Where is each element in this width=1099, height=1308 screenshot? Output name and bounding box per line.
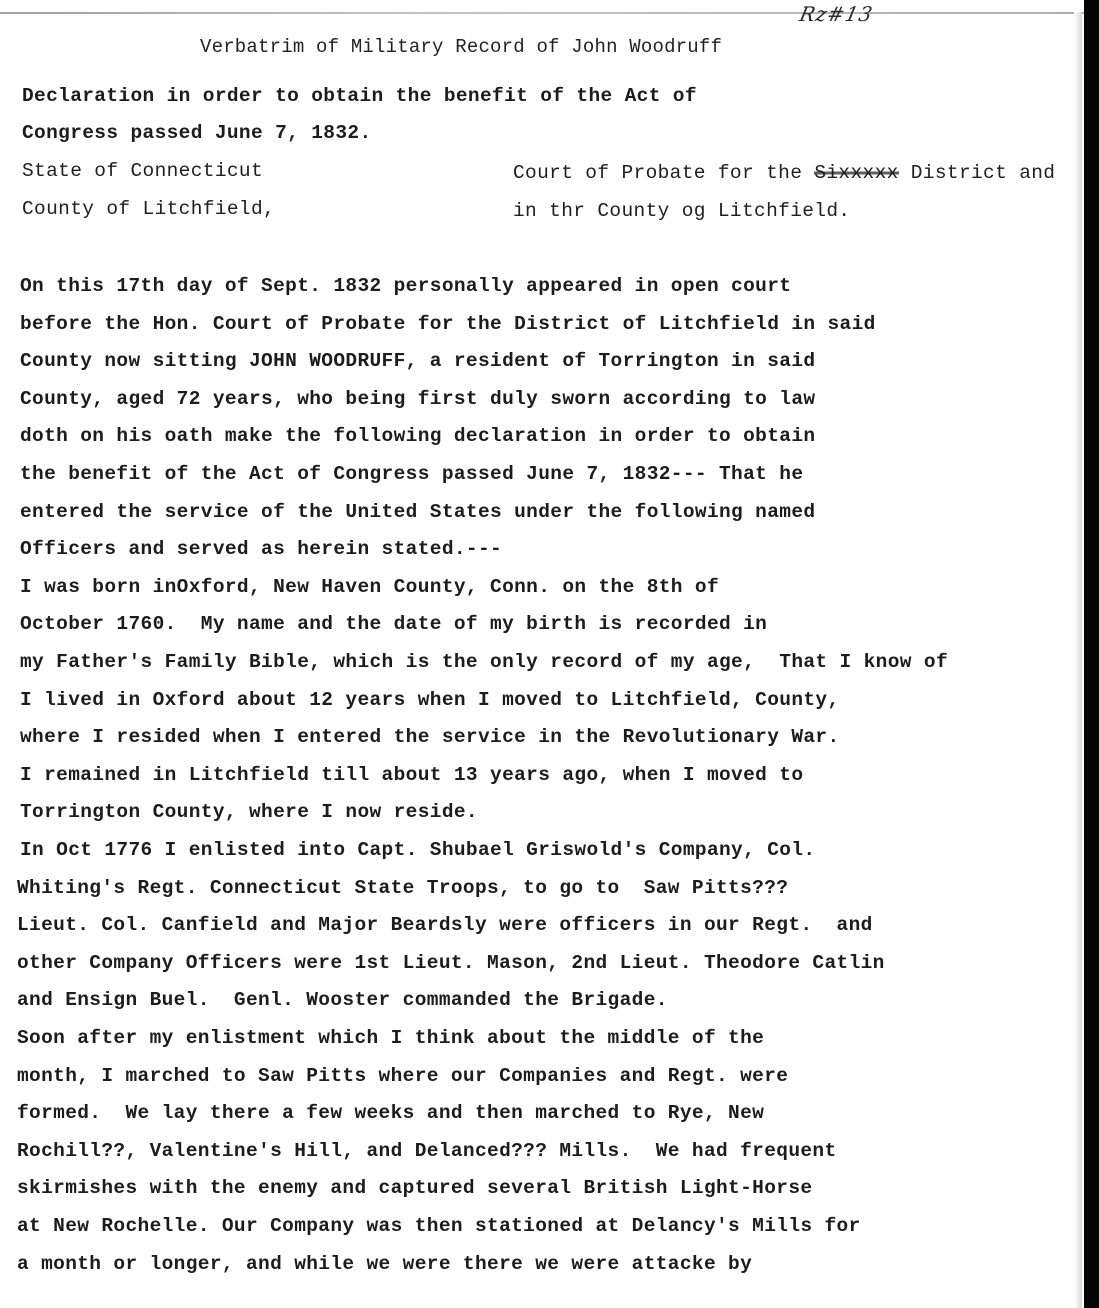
court-prefix: Court of Probate for the	[513, 162, 814, 184]
body-line: County now sitting JOHN WOODRUFF, a resi…	[20, 350, 815, 372]
state-label: State of Connecticut	[22, 160, 263, 182]
body-line: Soon after my enlistment which I think a…	[17, 1027, 764, 1049]
page-top-border	[0, 12, 1084, 14]
county-label: County of Litchfield,	[22, 198, 275, 220]
struck-out-word: Sixxxxx	[814, 162, 898, 184]
declaration-line-1: Declaration in order to obtain the benef…	[22, 85, 697, 107]
body-line: month, I marched to Saw Pitts where our …	[17, 1065, 788, 1087]
body-line: October 1760. My name and the date of my…	[20, 613, 767, 635]
body-line: I remained in Litchfield till about 13 y…	[20, 764, 803, 786]
document-title: Verbatrim of Military Record of John Woo…	[200, 36, 722, 58]
court-suffix: District and	[899, 162, 1056, 184]
scan-edge-strip	[1084, 0, 1099, 1308]
body-line: at New Rochelle. Our Company was then st…	[17, 1215, 861, 1237]
body-line: On this 17th day of Sept. 1832 personall…	[20, 275, 791, 297]
body-line: In Oct 1776 I enlisted into Capt. Shubae…	[20, 839, 815, 861]
body-line: Torrington County, where I now reside.	[20, 801, 478, 823]
body-line: Lieut. Col. Canfield and Major Beardsly …	[17, 914, 873, 936]
body-line: my Father's Family Bible, which is the o…	[20, 651, 948, 673]
body-line: Officers and served as herein stated.---	[20, 538, 502, 560]
body-line: where I resided when I entered the servi…	[20, 726, 840, 748]
body-line: before the Hon. Court of Probate for the…	[20, 313, 876, 335]
court-line-1: Court of Probate for the Sixxxxx Distric…	[513, 162, 1055, 184]
body-line: Whiting's Regt. Connecticut State Troops…	[17, 877, 788, 899]
court-line-2: in thr County og Litchfield.	[513, 200, 850, 222]
body-line: the benefit of the Act of Congress passe…	[20, 463, 803, 485]
body-line: Rochill??, Valentine's Hill, and Delance…	[17, 1140, 837, 1162]
body-line: other Company Officers were 1st Lieut. M…	[17, 952, 885, 974]
body-line: I lived in Oxford about 12 years when I …	[20, 689, 840, 711]
body-line: skirmishes with the enemy and captured s…	[17, 1177, 812, 1199]
body-line: I was born inOxford, New Haven County, C…	[20, 576, 719, 598]
body-line: formed. We lay there a few weeks and the…	[17, 1102, 764, 1124]
declaration-line-2: Congress passed June 7, 1832.	[22, 122, 372, 144]
body-line: a month or longer, and while we were the…	[17, 1253, 752, 1275]
body-line: and Ensign Buel. Genl. Wooster commanded…	[17, 989, 668, 1011]
page-edge-shadow	[1074, 12, 1082, 1308]
handwritten-reference-mark: Rz#13	[797, 2, 875, 26]
body-line: doth on his oath make the following decl…	[20, 425, 815, 447]
body-line: entered the service of the United States…	[20, 501, 815, 523]
body-line: County, aged 72 years, who being first d…	[20, 388, 815, 410]
